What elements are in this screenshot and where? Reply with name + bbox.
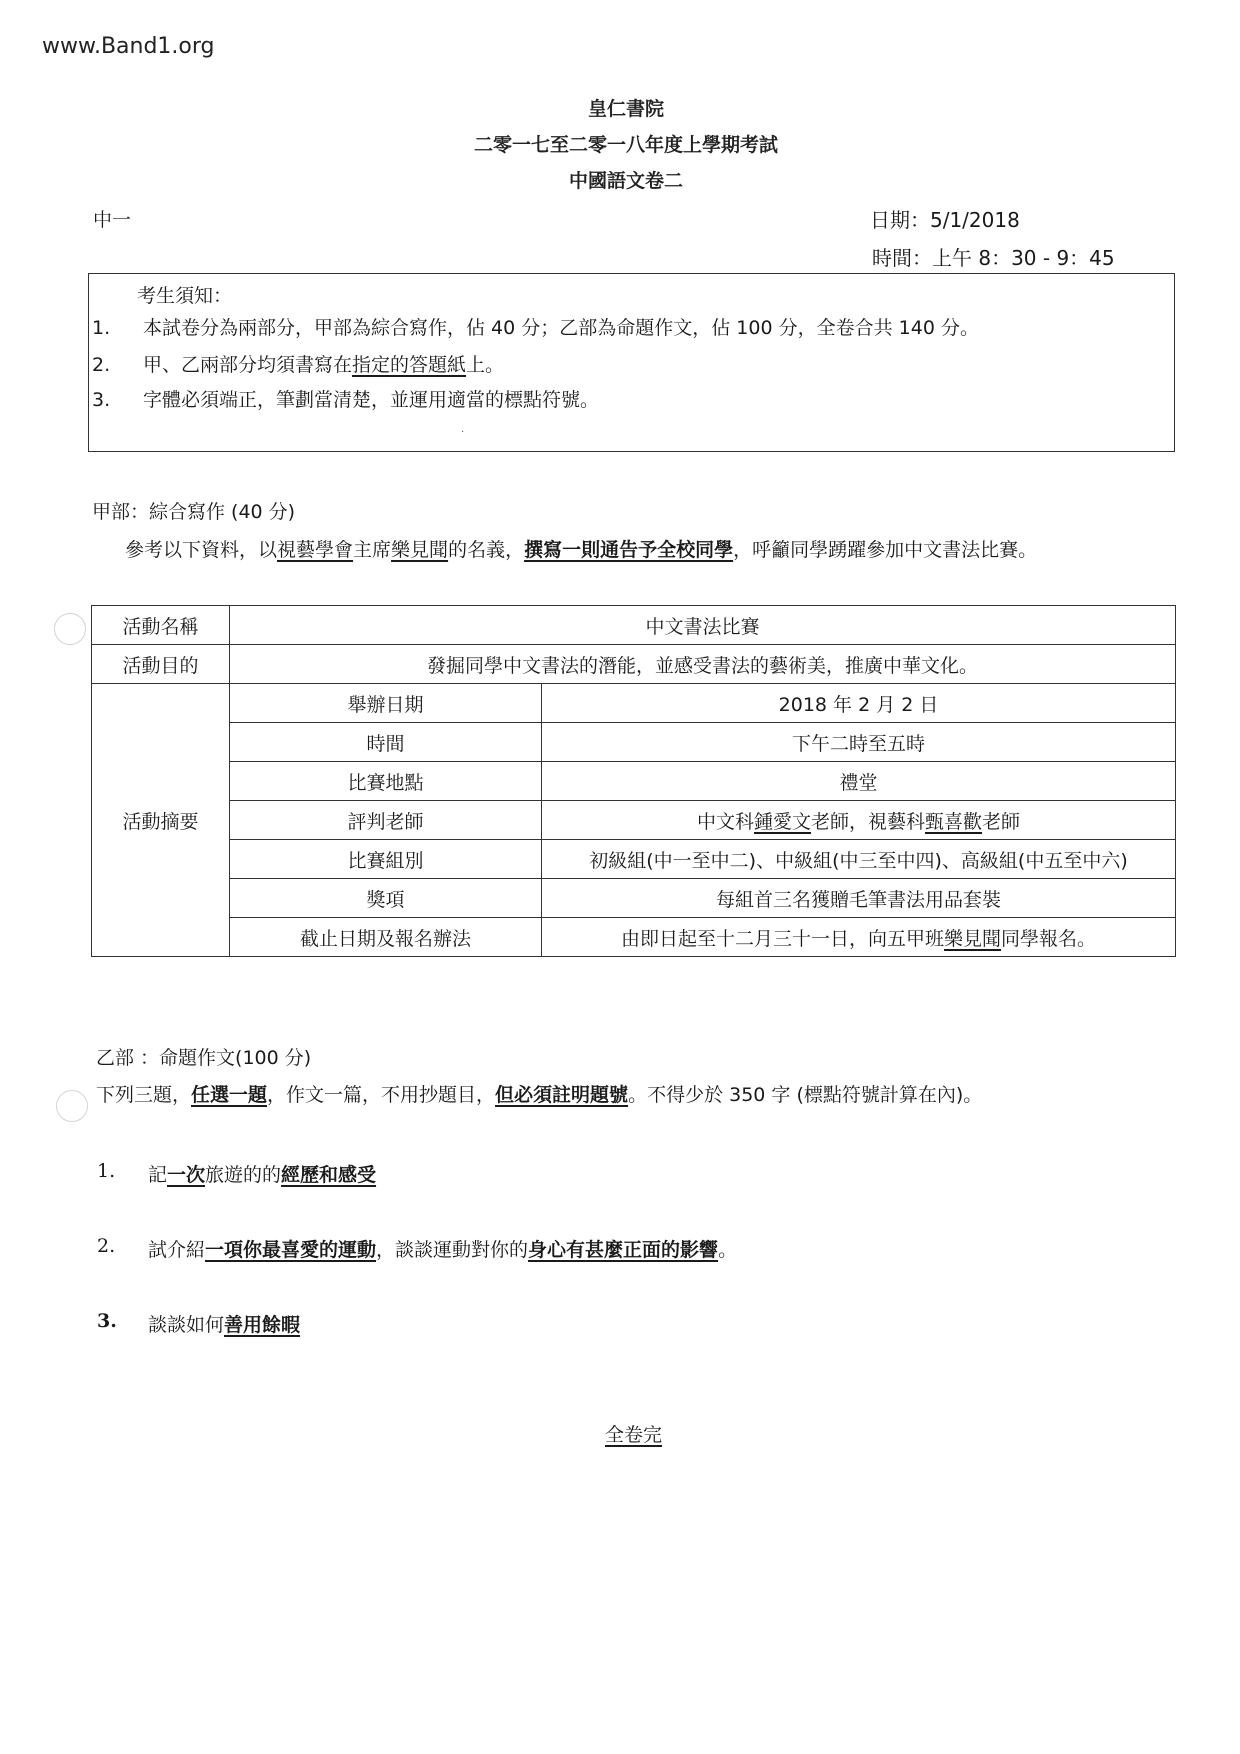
sub-value: 中文科鍾愛文老師，視藝科甄喜歡老師 xyxy=(542,801,1176,840)
text: 。 xyxy=(718,1239,737,1261)
instruction-number: 1. xyxy=(92,317,143,339)
sub-value: 初級組(中一至中二)、中級組(中三至中四)、高級組(中五至中六) xyxy=(542,840,1176,879)
table-row: 時間 下午二時至五時 xyxy=(92,723,1176,762)
text: 老師 xyxy=(982,811,1020,833)
section-b-instruction: 下列三題，任選一題，作文一篇，不用抄題目，但必須註明題號。不得少於 350 字 … xyxy=(96,1080,982,1107)
sub-value: 禮堂 xyxy=(542,762,1176,801)
text: ，作文一篇，不用抄題目， xyxy=(267,1084,495,1106)
table-row: 活動名稱 中文書法比賽 xyxy=(92,606,1176,645)
table-row: 比賽組別 初級組(中一至中二)、中級組(中三至中四)、高級組(中五至中六) xyxy=(92,840,1176,879)
text: 中文科 xyxy=(697,811,754,833)
grade-label: 中一 xyxy=(93,205,131,232)
section-b-title: 乙部 ：命題作文(100 分) xyxy=(96,1043,311,1070)
topic-text: 記一次旅遊的的經歷和感受 xyxy=(148,1160,376,1187)
sub-label: 比賽地點 xyxy=(230,762,542,801)
row-label: 活動目的 xyxy=(92,645,230,684)
text: 試介紹 xyxy=(148,1239,205,1261)
text: 由即日起至十二月三十一日，向五甲班 xyxy=(621,928,944,950)
row-label: 活動名稱 xyxy=(92,606,230,645)
instructions-title: 考生須知： xyxy=(137,281,232,308)
sub-label: 評判老師 xyxy=(230,801,542,840)
table-row: 活動摘要 舉辦日期 2018 年 2 月 2 日 xyxy=(92,684,1176,723)
table-row: 獎項 每組首三名獲贈毛筆書法用品套裝 xyxy=(92,879,1176,918)
sub-value: 下午二時至五時 xyxy=(542,723,1176,762)
topic-number: 2. xyxy=(97,1235,115,1257)
sub-value: 由即日起至十二月三十一日，向五甲班樂見聞同學報名。 xyxy=(542,918,1176,957)
text: 談談如何 xyxy=(148,1314,224,1336)
text: 主席 xyxy=(353,539,391,561)
emphasis: 樂見聞 xyxy=(391,539,448,561)
emphasis-bold: 善用餘暇 xyxy=(224,1314,300,1336)
text: 下列三題， xyxy=(96,1084,191,1106)
topic-text: 試介紹一項你最喜愛的運動，談談運動對你的身心有甚麼正面的影響。 xyxy=(148,1235,737,1262)
instruction-item: 1.本試卷分為兩部分，甲部為綜合寫作，佔 40 分；乙部為命題作文，佔 100 … xyxy=(92,313,979,340)
emphasis-bold: 一次 xyxy=(167,1164,205,1186)
sub-value: 每組首三名獲贈毛筆書法用品套裝 xyxy=(542,879,1176,918)
section-a-instruction: 參考以下資料，以視藝學會主席樂見聞的名義，撰寫一則通告予全校同學，呼籲同學踴躍參… xyxy=(125,535,1037,562)
sub-label: 比賽組別 xyxy=(230,840,542,879)
instruction-text: 本試卷分為兩部分，甲部為綜合寫作，佔 40 分；乙部為命題作文，佔 100 分，… xyxy=(143,317,979,339)
teacher-name: 鍾愛文 xyxy=(754,811,811,833)
instruction-emphasis: 指定的答題紙 xyxy=(352,354,466,376)
emphasis-bold: 任選一題 xyxy=(191,1084,267,1106)
row-label: 活動摘要 xyxy=(92,684,230,957)
emphasis-bold: 一項你最喜愛的運動 xyxy=(205,1239,376,1261)
text: 記 xyxy=(148,1164,167,1186)
instruction-number: 3. xyxy=(92,389,143,411)
text: 旅遊的的 xyxy=(205,1164,281,1186)
emphasis-bold: 經歷和感受 xyxy=(281,1164,376,1186)
sub-label: 截止日期及報名辦法 xyxy=(230,918,542,957)
emphasis-bold: 撰寫一則通告予全校同學 xyxy=(524,539,733,561)
sub-label: 時間 xyxy=(230,723,542,762)
teacher-name: 甄喜歡 xyxy=(925,811,982,833)
exam-date: 日期：5/1/2018 xyxy=(870,204,1020,233)
text: 。不得少於 350 字 (標點符號計算在內)。 xyxy=(628,1084,982,1106)
text: 參考以下資料，以 xyxy=(125,539,277,561)
table-row: 比賽地點 禮堂 xyxy=(92,762,1176,801)
instruction-item: 2.甲、乙兩部分均須書寫在指定的答題紙上。 xyxy=(92,350,504,377)
sub-value: 2018 年 2 月 2 日 xyxy=(542,684,1176,723)
punch-hole xyxy=(56,1090,88,1122)
emphasis-bold: 但必須註明題號 xyxy=(495,1084,628,1106)
instruction-number: 2. xyxy=(92,354,143,376)
topic-text: 談談如何善用餘暇 xyxy=(148,1310,300,1337)
exam-time: 時間：上午 8：30 - 9：45 xyxy=(872,242,1115,271)
text: 老師，視藝科 xyxy=(811,811,925,833)
emphasis: 視藝學會 xyxy=(277,539,353,561)
instruction-text: 字體必須端正，筆劃當清楚，並運用適當的標點符號。 xyxy=(143,389,599,411)
watermark-url: www.Band1.org xyxy=(42,34,215,59)
text: ，呼籲同學踴躍參加中文書法比賽。 xyxy=(733,539,1037,561)
table-row: 截止日期及報名辦法 由即日起至十二月三十一日，向五甲班樂見聞同學報名。 xyxy=(92,918,1176,957)
section-a-title: 甲部：綜合寫作 (40 分) xyxy=(92,497,295,524)
text: ，談談運動對你的 xyxy=(376,1239,528,1261)
table-row: 活動目的 發掘同學中文書法的潛能，並感受書法的藝術美，推廣中華文化。 xyxy=(92,645,1176,684)
text: 同學報名。 xyxy=(1001,928,1096,950)
emphasis-bold: 身心有甚麼正面的影響 xyxy=(528,1239,718,1261)
sub-label: 舉辦日期 xyxy=(230,684,542,723)
table-row: 評判老師 中文科鍾愛文老師，視藝科甄喜歡老師 xyxy=(92,801,1176,840)
instruction-item: 3.字體必須端正，筆劃當清楚，並運用適當的標點符號。 xyxy=(92,385,599,412)
speck: · xyxy=(461,427,464,438)
row-value: 中文書法比賽 xyxy=(230,606,1176,645)
topic-number: 1. xyxy=(97,1160,115,1182)
end-of-paper: 全卷完 xyxy=(605,1420,662,1447)
instruction-text: 甲、乙兩部分均須書寫在 xyxy=(143,354,352,376)
paper-title: 中國語文卷二 xyxy=(0,166,1240,193)
instruction-text: 上。 xyxy=(466,354,504,376)
row-value: 發掘同學中文書法的潛能，並感受書法的藝術美，推廣中華文化。 xyxy=(230,645,1176,684)
text: 的名義， xyxy=(448,539,524,561)
exam-title: 二零一七至二零一八年度上學期考試 xyxy=(0,130,1240,157)
activity-info-table: 活動名稱 中文書法比賽 活動目的 發掘同學中文書法的潛能，並感受書法的藝術美，推… xyxy=(91,605,1176,957)
student-name: 樂見聞 xyxy=(944,928,1001,950)
punch-hole xyxy=(54,613,86,645)
school-name: 皇仁書院 xyxy=(0,94,1240,121)
sub-label: 獎項 xyxy=(230,879,542,918)
topic-number: 3. xyxy=(97,1310,117,1332)
